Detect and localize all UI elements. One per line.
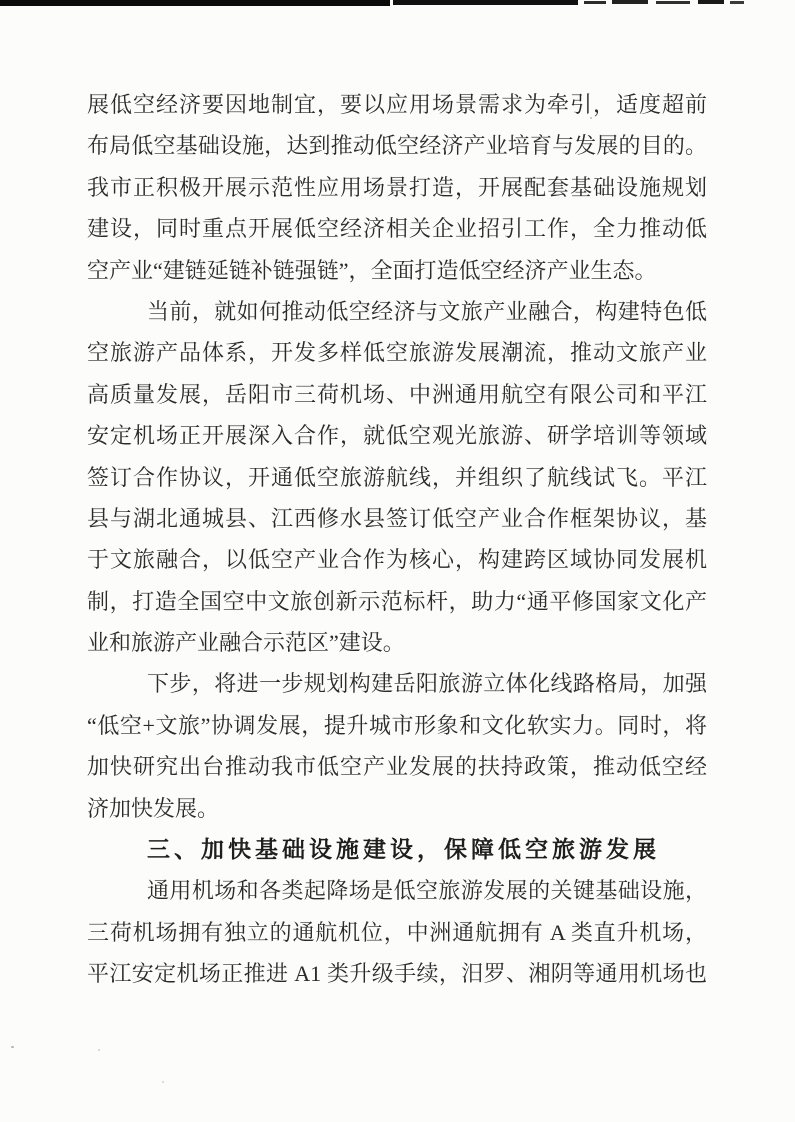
text-line: 业和旅游产业融合示范区”建设。 [87,622,707,663]
scan-speck [162,1081,164,1083]
scan-speck [98,1049,100,1051]
scan-edge-segment [0,0,390,6]
text-line: 建设，同时重点开展低空经济相关企业招引工作，全力推动低 [87,208,707,249]
text-line: 安定机场正开展深入合作，就低空观光旅游、研学培训等领域 [87,415,707,456]
scan-speck [590,117,592,119]
scan-edge-segment [698,0,724,4]
scanned-document-page: 展低空经济要因地制宜，要以应用场景需求为牵引，适度超前布局低空基础设施，达到推动… [0,0,795,1122]
text-line: “低空+文旅”协调发展，提升城市形象和文化软实力。同时，将 [87,705,707,746]
text-line: 济加快发展。 [87,788,707,829]
text-line: 制，打造全国空中文旅创新示范标杆，助力“通平修国家文化产 [87,581,707,622]
section-heading: 三、加快基础设施建设，保障低空旅游发展 [87,829,707,870]
text-line: 加快研究出台推动我市低空产业发展的扶持政策，推动低空经 [87,746,707,787]
text-line: 我市正积极开展示范性应用场景打造，开展配套基础设施规划 [87,167,707,208]
scan-speck [11,1046,14,1048]
text-line: 县与湖北通城县、江西修水县签订低空产业合作框架协议，基 [87,498,707,539]
scan-edge-segment [730,1,744,4]
text-line: 布局低空基础设施，达到推动低空经济产业培育与发展的目的。 [87,125,707,166]
text-line: 当前，就如何推动低空经济与文旅产业融合，构建特色低 [87,291,707,332]
document-text-block: 展低空经济要因地制宜，要以应用场景需求为牵引，适度超前布局低空基础设施，达到推动… [87,84,707,995]
text-line: 高质量发展，岳阳市三荷机场、中洲通用航空有限公司和平江 [87,374,707,415]
text-line: 签订合作协议，开通低空旅游航线，并组织了航线试飞。平江 [87,457,707,498]
text-line: 空产业“建链延链补链强链”，全面打造低空经济产业生态。 [87,250,707,291]
scan-edge-segment [612,0,648,4]
scan-edge-artifact [0,0,795,10]
text-line: 空旅游产品体系，开发多样低空旅游发展潮流，推动文旅产业 [87,332,707,373]
text-line: 下步，将进一步规划构建岳阳旅游立体化线路格局，加强 [87,663,707,704]
scan-edge-segment [393,0,578,5]
text-line: 于文旅融合，以低空产业合作为核心，构建跨区域协同发展机 [87,539,707,580]
text-line: 三荷机场拥有独立的通航机位，中洲通航拥有 A 类直升机场， [87,912,707,953]
scan-edge-segment [656,1,690,4]
scan-edge-segment [584,1,606,4]
text-line: 平江安定机场正推进 A1 类升级手续，汨罗、湘阴等通用机场也 [87,953,707,994]
scan-speck [382,428,384,430]
text-line: 通用机场和各类起降场是低空旅游发展的关键基础设施， [87,870,707,911]
text-line: 展低空经济要因地制宜，要以应用场景需求为牵引，适度超前 [87,84,707,125]
